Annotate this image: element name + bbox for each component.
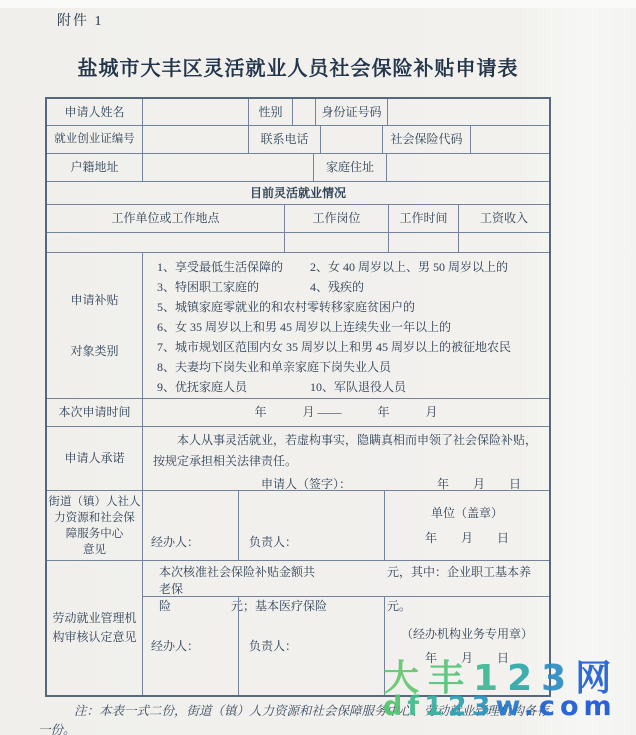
labor-agency-label: 劳动就业管理机 构审核认定意见 (47, 561, 143, 695)
work-post-header: 工作岗位 (285, 205, 389, 232)
row-work-headers: 工作单位或工作地点 工作岗位 工作时间 工资收入 (47, 205, 549, 233)
work-time-field (389, 233, 459, 252)
labor-agency-label-line1: 劳动就业管理机 (52, 610, 136, 627)
id-number-field (388, 99, 549, 125)
employment-status-header: 目前灵活就业情况 (47, 182, 549, 204)
social-insurance-code-label: 社会保险代码 (383, 126, 471, 153)
employment-cert-field (143, 126, 249, 153)
row-subsidy-category: 申请补贴 对象类别 1、享受最低生活保障的 2、女 40 周岁以上、男 50 周… (47, 253, 549, 399)
home-address-label: 家庭住址 (314, 154, 387, 181)
street-center-label-line3: 障服务中心 (66, 526, 124, 542)
apply-time-value: 年 月 —— 年 月 (143, 399, 549, 426)
agency-seal-label: （经办机构业务专用章） (401, 626, 533, 642)
category-item: 7、城市规划区范围内女 35 周岁以上和男 45 周岁以上的被征地农民 (157, 337, 543, 357)
street-unit-seal-cell: 单位（盖章） 年 月 日 (385, 491, 549, 560)
subsidy-category-label-line1: 申请补贴 (70, 292, 118, 308)
row-applicant-promise: 申请人承诺 本人从事灵活就业，若虚构事实，隐瞒真相而申领了社会保险补贴，按规定承… (47, 427, 549, 491)
wage-header: 工资收入 (459, 205, 549, 232)
gender-label: 性别 (249, 99, 293, 125)
promise-date: 年 月 日 (437, 475, 521, 492)
employment-cert-label: 就业创业证编号 (47, 126, 143, 153)
row-work-entry (47, 233, 549, 253)
labor-handler-cell: 经办人： (143, 597, 239, 695)
subsidy-category-label-line2: 对象类别 (70, 343, 118, 359)
category-item: 5、城镇家庭零就业的和农村零转移家庭贫困户的 (157, 297, 543, 317)
street-manager-cell: 负责人： (239, 491, 385, 560)
row-apply-time: 本次申请时间 年 月 —— 年 月 (47, 399, 549, 427)
applicant-name-field (143, 99, 249, 125)
promise-text: 本人从事灵活就业，若虚构事实，隐瞒真相而申领了社会保险补贴，按规定承担相关法律责… (153, 430, 539, 472)
promise-content: 本人从事灵活就业，若虚构事实，隐瞒真相而申领了社会保险补贴，按规定承担相关法律责… (143, 427, 549, 490)
work-post-field (285, 233, 389, 252)
labor-manager-cell: 负责人： (239, 597, 385, 695)
category-item: 3、特困职工家庭的 4、残疾的 (157, 277, 543, 297)
home-address-field (387, 154, 549, 181)
subsidy-category-label: 申请补贴 对象类别 (47, 253, 143, 398)
form-title: 盐城市大丰区灵活就业人员社会保险补贴申请表 (45, 52, 551, 81)
labor-agency-label-line2: 构审核认定意见 (52, 629, 136, 646)
apply-time-label: 本次申请时间 (47, 399, 143, 426)
attachment-label: 附件 1 (57, 10, 104, 30)
registered-address-label: 户籍地址 (47, 154, 143, 181)
promise-label: 申请人承诺 (47, 427, 143, 490)
subsidy-category-list: 1、享受最低生活保障的 2、女 40 周岁以上、男 50 周岁以上的 3、特困职… (143, 253, 549, 398)
phone-label: 联系电话 (249, 126, 321, 153)
work-unit-field (47, 233, 285, 252)
gender-field (293, 99, 316, 125)
work-time-header: 工作时间 (389, 205, 459, 232)
category-item: 1、享受最低生活保障的 2、女 40 周岁以上、男 50 周岁以上的 (157, 257, 543, 277)
wage-field (459, 233, 549, 252)
watermark-site-url: df123w.com (383, 691, 617, 722)
approved-amount-cell: 本次核准社会保险补贴金额共 元，其中：企业职工基本养老保 险 元；基本医疗保险 … (143, 561, 549, 597)
row-cert-number: 就业创业证编号 联系电话 社会保险代码 (47, 126, 549, 154)
category-item: 9、优抚家庭人员 10、军队退役人员 (157, 377, 543, 397)
phone-field (321, 126, 383, 153)
category-item: 8、夫妻均下岗失业和单亲家庭下岗失业人员 (157, 357, 543, 377)
social-insurance-code-field (471, 126, 549, 153)
street-date: 年 月 日 (425, 530, 509, 546)
applicant-signature-label: 申请人（签字）： (261, 475, 351, 492)
applicant-name-label: 申请人姓名 (47, 99, 143, 125)
street-center-label-line2: 力资源和社会保 (54, 510, 135, 526)
street-center-label: 街道（镇）人社人 力资源和社会保 障服务中心 意见 (47, 491, 143, 560)
work-unit-header: 工作单位或工作地点 (47, 205, 285, 232)
street-center-label-line4: 意见 (83, 542, 106, 558)
application-form-table: 申请人姓名 性别 身份证号码 就业创业证编号 联系电话 社会保险代码 户籍地址 … (45, 97, 551, 697)
row-employment-section-header: 目前灵活就业情况 (47, 182, 549, 205)
promise-sign-line: 申请人（签字）： 年 月 日 (153, 472, 539, 492)
unit-seal-label: 单位（盖章） (431, 505, 503, 521)
row-addresses: 户籍地址 家庭住址 (47, 154, 549, 182)
approved-amount-line1: 本次核准社会保险补贴金额共 元，其中：企业职工基本养老保 (159, 564, 541, 598)
category-item: 6、女 35 周岁以上和男 45 周岁以上连续失业一年以上的 (157, 317, 543, 337)
street-handler-cell: 经办人： (143, 491, 239, 560)
id-number-label: 身份证号码 (316, 99, 388, 125)
street-center-label-line1: 街道（镇）人社人 (49, 494, 141, 510)
row-applicant-name: 申请人姓名 性别 身份证号码 (47, 99, 549, 126)
row-street-center-opinion: 街道（镇）人社人 力资源和社会保 障服务中心 意见 经办人： 负责人： 单位（盖… (47, 491, 549, 561)
registered-address-field (143, 154, 314, 181)
